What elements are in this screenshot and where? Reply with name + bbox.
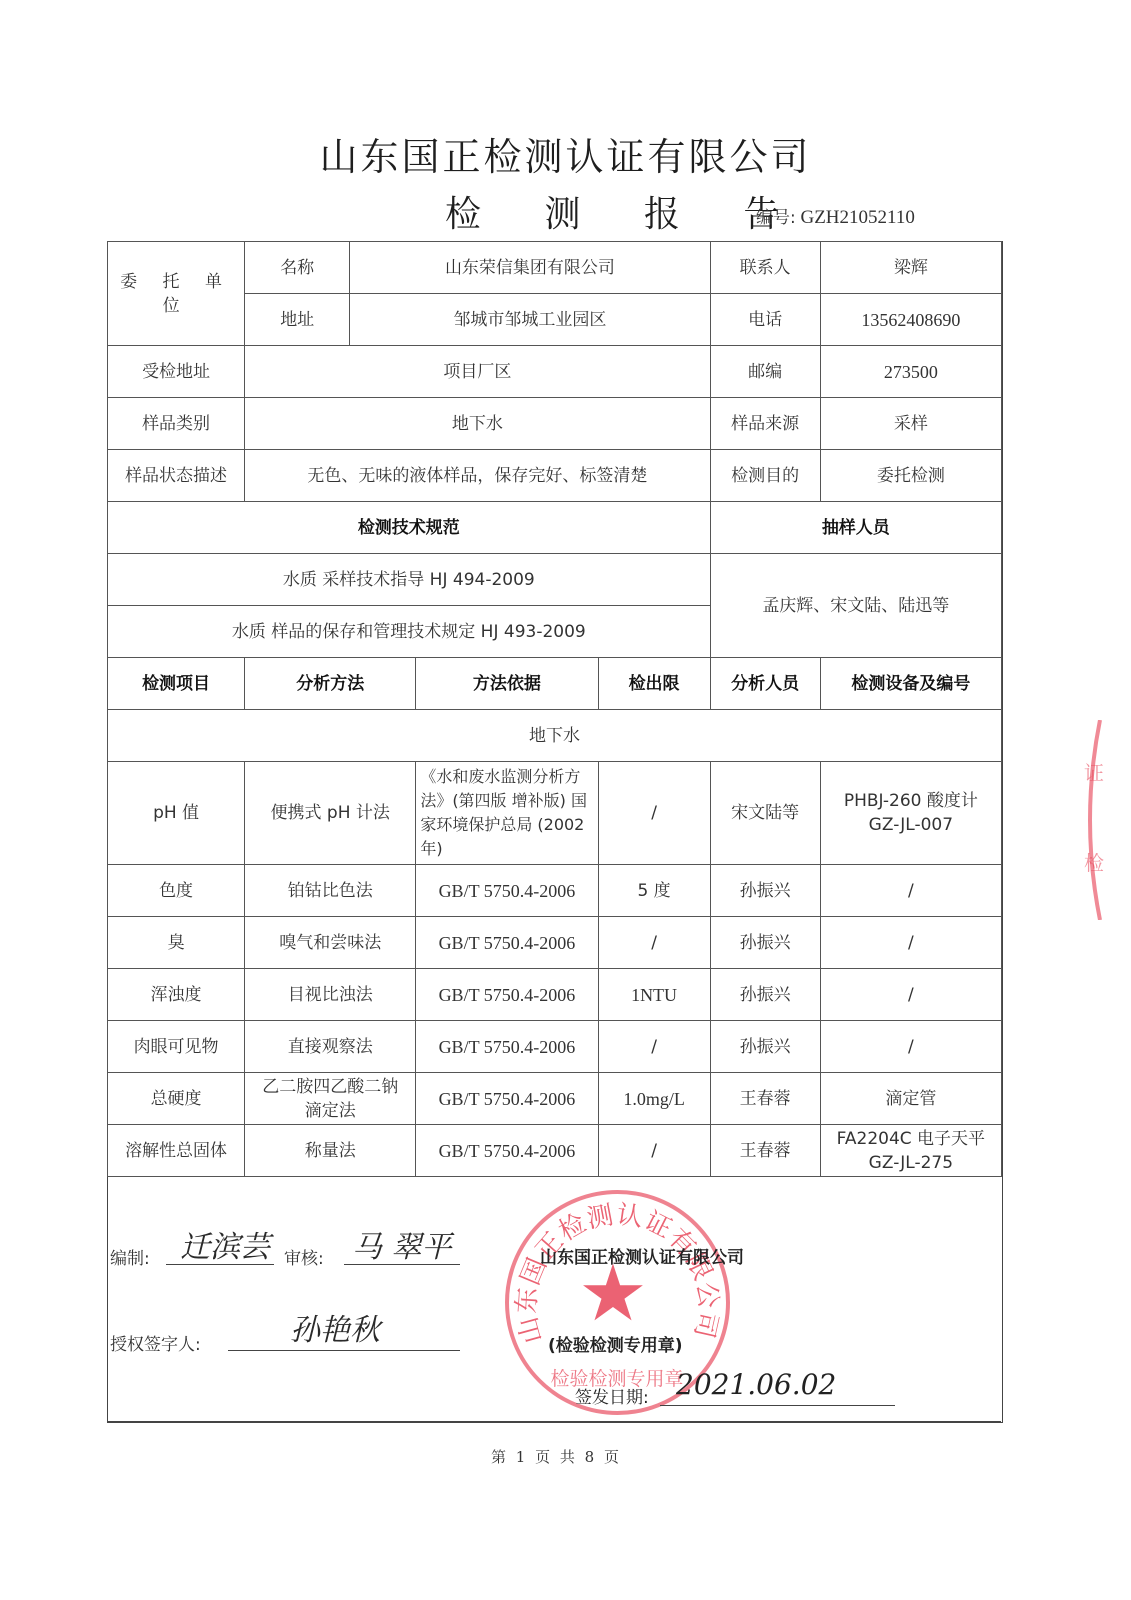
phone-value: 13562408690 bbox=[820, 294, 1001, 346]
spec-header: 检测技术规范 bbox=[108, 502, 711, 554]
reviewer-label: 审核: bbox=[284, 1244, 324, 1269]
contact-value: 梁辉 bbox=[820, 242, 1001, 294]
analyst-cell: 王春蓉 bbox=[710, 1125, 820, 1177]
table-row: 溶解性总固体 称量法 GB/T 5750.4-2006 / 王春蓉 FA2204… bbox=[108, 1125, 1002, 1177]
equipment-cell: 滴定管 bbox=[820, 1073, 1001, 1125]
equipment-number: GZ-JL-275 bbox=[823, 1151, 999, 1175]
table-row: 肉眼可见物 直接观察法 GB/T 5750.4-2006 / 孙振兴 / bbox=[108, 1021, 1002, 1073]
column-header: 检测项目 bbox=[108, 658, 245, 710]
equipment-cell: FA2204C 电子天平 GZ-JL-275 bbox=[820, 1125, 1001, 1177]
analyst-cell: 孙振兴 bbox=[710, 1021, 820, 1073]
client-name: 山东荣信集团有限公司 bbox=[350, 242, 710, 294]
client-section-label: 委 托 单 位 bbox=[108, 242, 245, 346]
limit-cell: / bbox=[598, 1021, 710, 1073]
equipment-name: PHBJ-260 酸度计 bbox=[823, 789, 999, 813]
analyst-cell: 孙振兴 bbox=[710, 865, 820, 917]
category-row: 样品类别 地下水 样品来源 采样 bbox=[108, 398, 1002, 450]
basis-cell: 《水和废水监测分析方法》(第四版 增补版) 国家环境保护总局 (2002 年) bbox=[416, 762, 598, 865]
state-value: 无色、无味的液体样品，保存完好、标签清楚 bbox=[245, 450, 710, 502]
svg-text:检: 检 bbox=[1084, 851, 1104, 875]
analyst-cell: 孙振兴 bbox=[710, 969, 820, 1021]
equipment-number: GZ-JL-007 bbox=[823, 813, 999, 837]
table-row: 色度 铂钴比色法 GB/T 5750.4-2006 5 度 孙振兴 / bbox=[108, 865, 1002, 917]
sampler-header: 抽样人员 bbox=[710, 502, 1001, 554]
group-row: 地下水 bbox=[108, 710, 1002, 762]
state-label: 样品状态描述 bbox=[108, 450, 245, 502]
site-row: 受检地址 项目厂区 邮编 273500 bbox=[108, 346, 1002, 398]
issue-date-line bbox=[660, 1405, 895, 1406]
limit-cell: / bbox=[598, 762, 710, 865]
seam-stamp: 证 检 bbox=[1070, 720, 1110, 920]
analyst-cell: 宋文陆等 bbox=[710, 762, 820, 865]
compiler-label: 编制: bbox=[110, 1244, 150, 1269]
basis-cell: GB/T 5750.4-2006 bbox=[416, 1125, 598, 1177]
svg-text:证: 证 bbox=[1084, 761, 1104, 785]
method-cell: 目视比浊法 bbox=[245, 969, 416, 1021]
column-header: 方法依据 bbox=[416, 658, 598, 710]
analyst-cell: 王春蓉 bbox=[710, 1073, 820, 1125]
authorized-signature: 孙艳秋 bbox=[290, 1305, 380, 1349]
method-cell: 称量法 bbox=[245, 1125, 416, 1177]
spec-header-row: 检测技术规范 抽样人员 bbox=[108, 502, 1002, 554]
spec-item: 水质 样品的保存和管理技术规定 HJ 493-2009 bbox=[108, 606, 711, 658]
item-cell: pH 值 bbox=[108, 762, 245, 865]
signing-company: 山东国正检测认证有限公司 bbox=[540, 1243, 744, 1268]
client-address: 邹城市邹城工业园区 bbox=[350, 294, 710, 346]
report-number-value: GZH21052110 bbox=[800, 207, 914, 228]
issue-date: 2021.06.02 bbox=[676, 1368, 836, 1401]
limit-cell: 1.0mg/L bbox=[598, 1073, 710, 1125]
column-header: 检测设备及编号 bbox=[820, 658, 1001, 710]
basis-cell: GB/T 5750.4-2006 bbox=[416, 917, 598, 969]
method-line-2: 滴定法 bbox=[247, 1099, 413, 1123]
item-cell: 溶解性总固体 bbox=[108, 1125, 245, 1177]
report-table: 委 托 单 位 名称 山东荣信集团有限公司 联系人 梁辉 地址 邹城市邹城工业园… bbox=[107, 241, 1002, 1177]
phone-label: 电话 bbox=[710, 294, 820, 346]
report-number: 编号: GZH21052110 bbox=[756, 203, 915, 229]
issue-date-label: 签发日期: bbox=[575, 1383, 649, 1408]
source-value: 采样 bbox=[820, 398, 1001, 450]
group-label: 地下水 bbox=[108, 710, 1002, 762]
method-cell: 直接观察法 bbox=[245, 1021, 416, 1073]
authorized-signature-line bbox=[228, 1350, 460, 1351]
reviewer-signature-line bbox=[344, 1264, 460, 1265]
column-header: 分析方法 bbox=[245, 658, 416, 710]
basis-cell: GB/T 5750.4-2006 bbox=[416, 1073, 598, 1125]
source-label: 样品来源 bbox=[710, 398, 820, 450]
item-cell: 肉眼可见物 bbox=[108, 1021, 245, 1073]
report-number-label: 编号: bbox=[756, 208, 796, 228]
authorized-signatory-label: 授权签字人: bbox=[110, 1330, 201, 1355]
method-cell: 便携式 pH 计法 bbox=[245, 762, 416, 865]
samplers-value: 孟庆辉、宋文陆、陆迅等 bbox=[710, 554, 1001, 658]
equipment-cell: PHBJ-260 酸度计 GZ-JL-007 bbox=[820, 762, 1001, 865]
basis-cell: GB/T 5750.4-2006 bbox=[416, 969, 598, 1021]
basis-cell: GB/T 5750.4-2006 bbox=[416, 865, 598, 917]
results-header-row: 检测项目 分析方法 方法依据 检出限 分析人员 检测设备及编号 bbox=[108, 658, 1002, 710]
item-cell: 浑浊度 bbox=[108, 969, 245, 1021]
limit-cell: 5 度 bbox=[598, 865, 710, 917]
page-number: 第 1 页 共 8 页 bbox=[0, 1446, 1110, 1467]
equipment-cell: / bbox=[820, 865, 1001, 917]
client-name-label: 名称 bbox=[245, 242, 350, 294]
compiler-signature: 迁滨芸 bbox=[180, 1222, 270, 1266]
contact-label: 联系人 bbox=[710, 242, 820, 294]
table-row: pH 值 便携式 pH 计法 《水和废水监测分析方法》(第四版 增补版) 国家环… bbox=[108, 762, 1002, 865]
item-cell: 臭 bbox=[108, 917, 245, 969]
client-name-row: 委 托 单 位 名称 山东荣信集团有限公司 联系人 梁辉 bbox=[108, 242, 1002, 294]
equipment-cell: / bbox=[820, 969, 1001, 1021]
basis-cell: GB/T 5750.4-2006 bbox=[416, 1021, 598, 1073]
category-value: 地下水 bbox=[245, 398, 710, 450]
seal-label: (检验检测专用章) bbox=[548, 1331, 683, 1356]
limit-cell: / bbox=[598, 1125, 710, 1177]
equipment-cell: / bbox=[820, 1021, 1001, 1073]
analyst-cell: 孙振兴 bbox=[710, 917, 820, 969]
client-address-label: 地址 bbox=[245, 294, 350, 346]
purpose-label: 检测目的 bbox=[710, 450, 820, 502]
spec-item: 水质 采样技术指导 HJ 494-2009 bbox=[108, 554, 711, 606]
compiler-signature-line bbox=[166, 1264, 274, 1265]
table-row: 臭 嗅气和尝味法 GB/T 5750.4-2006 / 孙振兴 / bbox=[108, 917, 1002, 969]
limit-cell: 1NTU bbox=[598, 969, 710, 1021]
report-title: 检 测 报 告 bbox=[445, 186, 805, 237]
limit-cell: / bbox=[598, 917, 710, 969]
method-line-1: 乙二胺四乙酸二钠 bbox=[247, 1075, 413, 1099]
method-cell: 铂钴比色法 bbox=[245, 865, 416, 917]
equipment-cell: / bbox=[820, 917, 1001, 969]
postcode-label: 邮编 bbox=[710, 346, 820, 398]
column-header: 分析人员 bbox=[710, 658, 820, 710]
footer-divider bbox=[107, 1421, 1001, 1422]
equipment-name: FA2204C 电子天平 bbox=[823, 1127, 999, 1151]
state-row: 样品状态描述 无色、无味的液体样品，保存完好、标签清楚 检测目的 委托检测 bbox=[108, 450, 1002, 502]
site-value: 项目厂区 bbox=[245, 346, 710, 398]
postcode-value: 273500 bbox=[820, 346, 1001, 398]
purpose-value: 委托检测 bbox=[820, 450, 1001, 502]
spec-row-1: 水质 采样技术指导 HJ 494-2009 孟庆辉、宋文陆、陆迅等 bbox=[108, 554, 1002, 606]
column-header: 检出限 bbox=[598, 658, 710, 710]
method-cell: 嗅气和尝味法 bbox=[245, 917, 416, 969]
item-cell: 总硬度 bbox=[108, 1073, 245, 1125]
table-row: 浑浊度 目视比浊法 GB/T 5750.4-2006 1NTU 孙振兴 / bbox=[108, 969, 1002, 1021]
table-row: 总硬度 乙二胺四乙酸二钠 滴定法 GB/T 5750.4-2006 1.0mg/… bbox=[108, 1073, 1002, 1125]
company-title: 山东国正检测认证有限公司 bbox=[0, 126, 1131, 181]
method-cell: 乙二胺四乙酸二钠 滴定法 bbox=[245, 1073, 416, 1125]
site-label: 受检地址 bbox=[108, 346, 245, 398]
reviewer-signature: 马 翠平 bbox=[352, 1222, 452, 1266]
item-cell: 色度 bbox=[108, 865, 245, 917]
category-label: 样品类别 bbox=[108, 398, 245, 450]
